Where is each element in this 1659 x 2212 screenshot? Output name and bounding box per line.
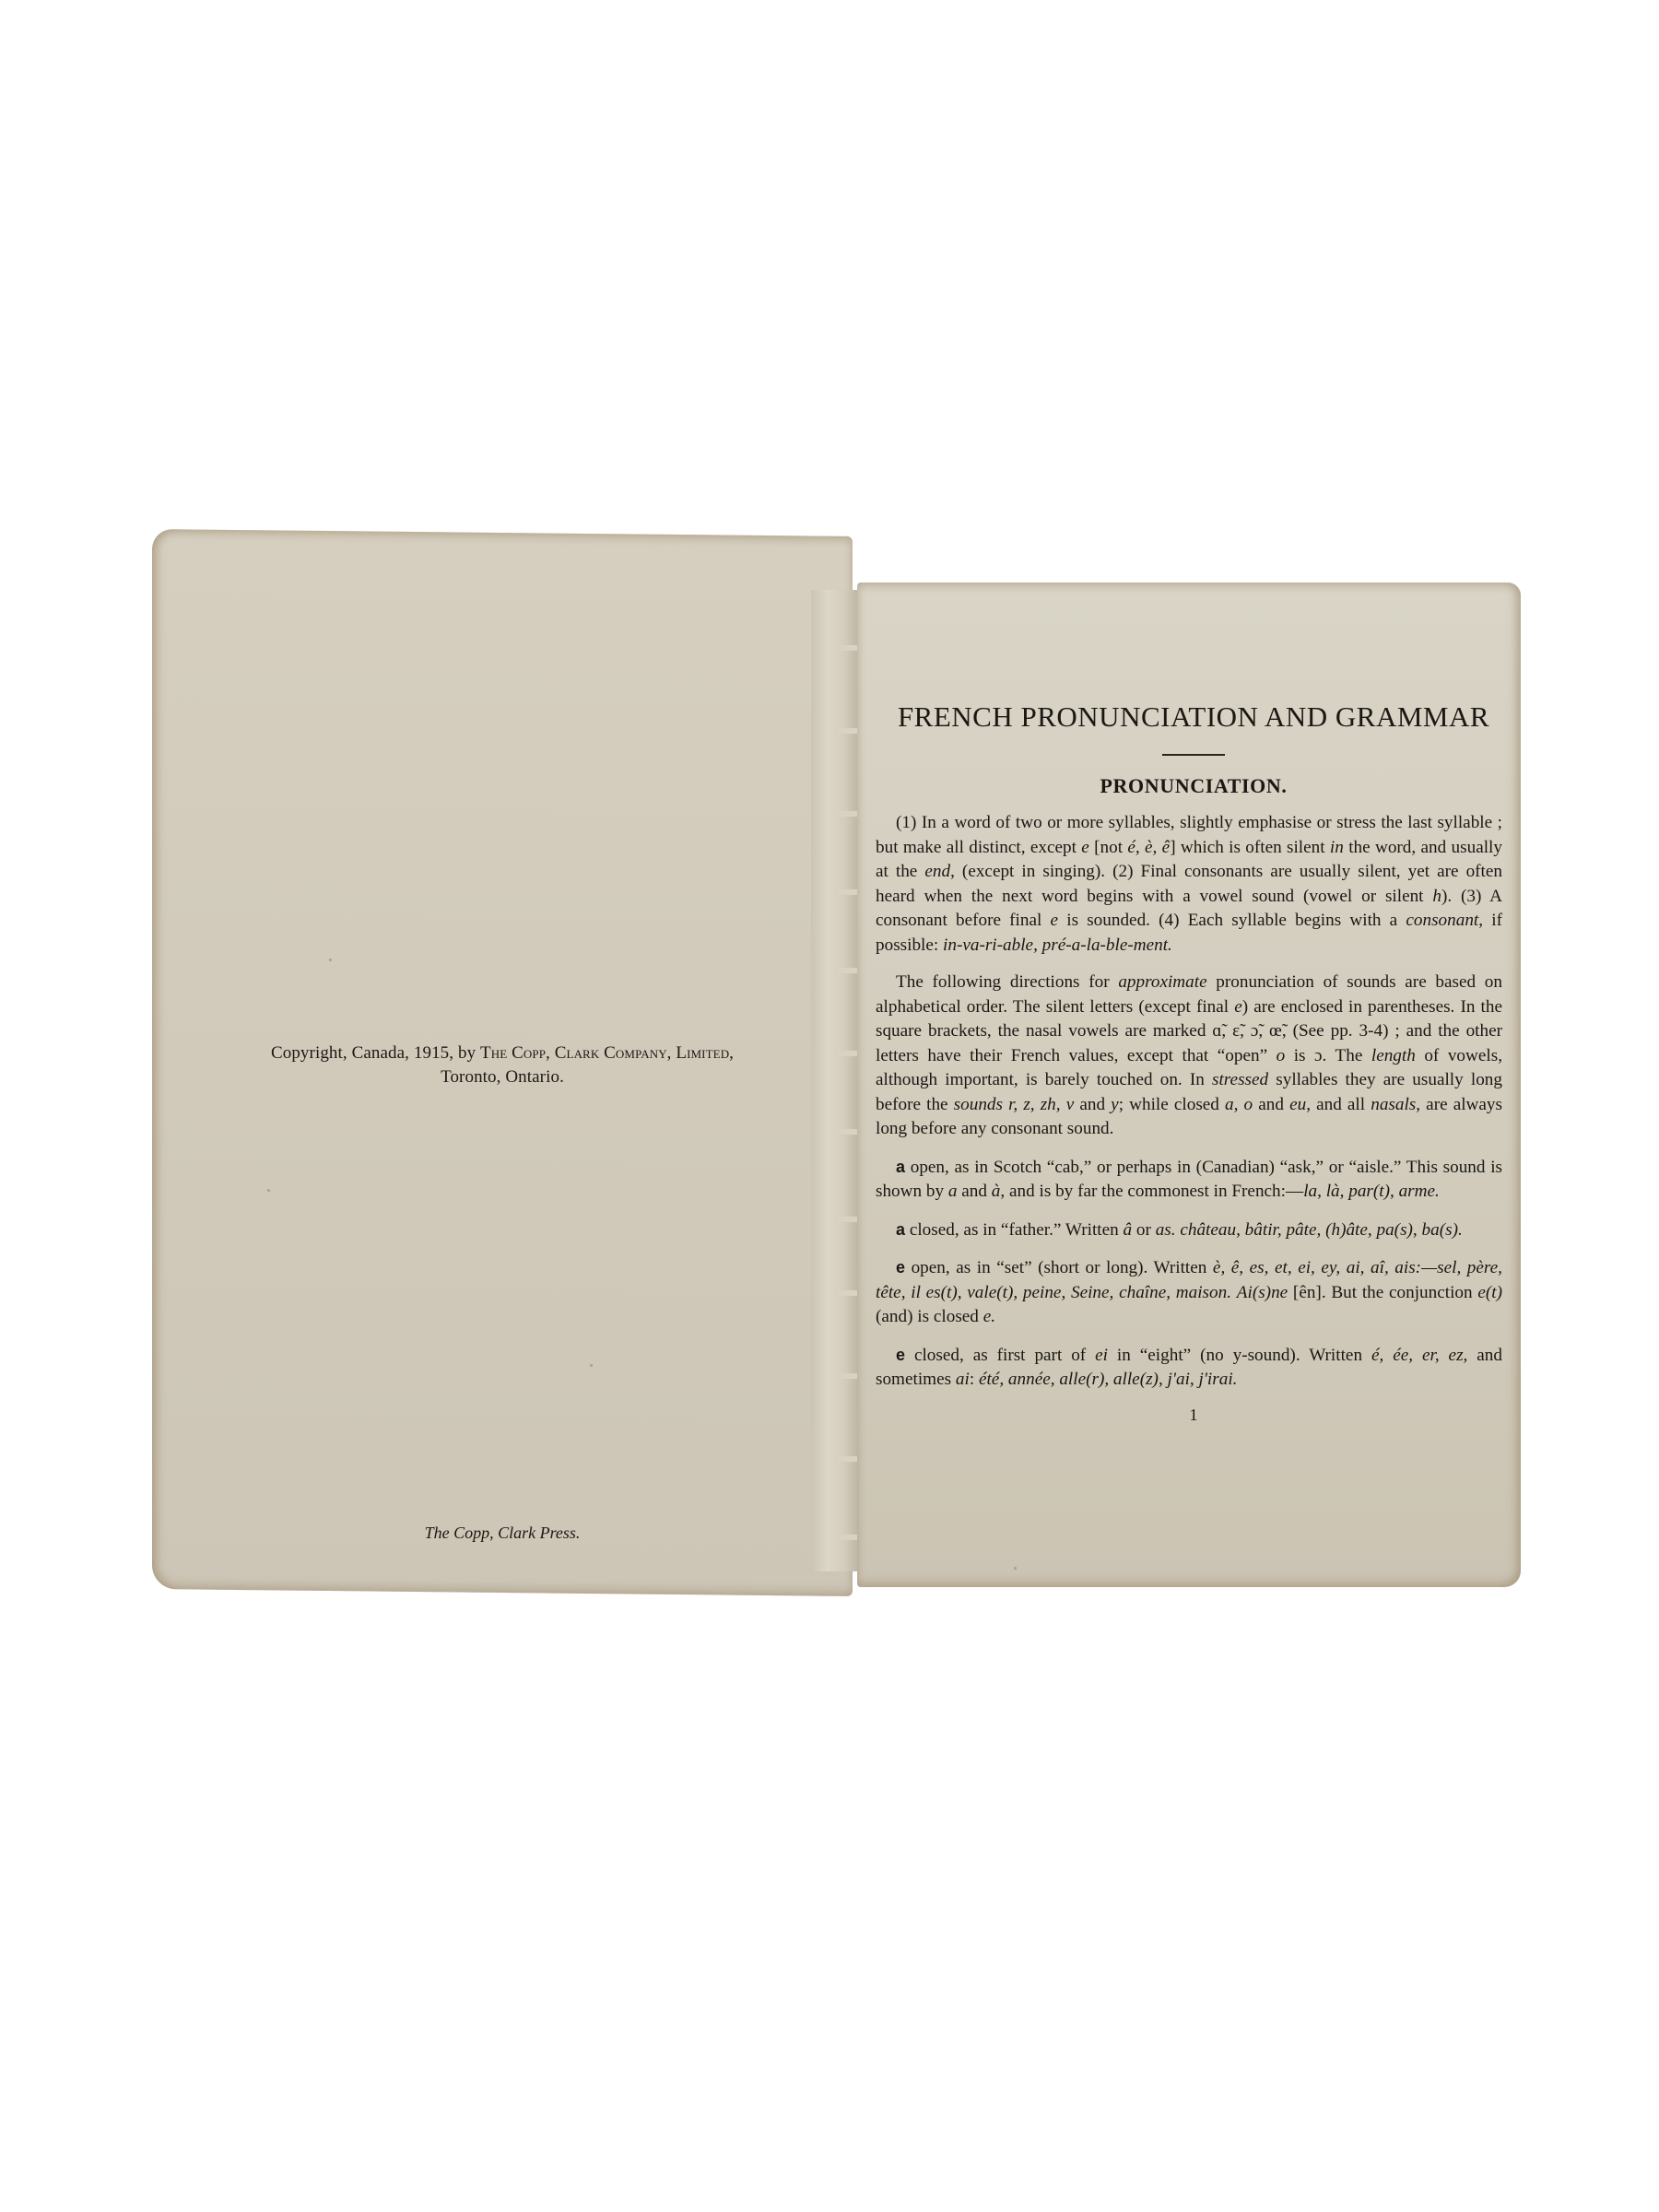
open-book: Copyright, Canada, 1915, by The Copp, Cl… xyxy=(0,0,1659,2212)
title-divider xyxy=(1162,754,1225,756)
section-title: PRONUNCIATION. xyxy=(876,774,1512,798)
right-page-content: FRENCH PRONUNCIATION AND GRAMMAR PRONUNC… xyxy=(876,582,1512,1425)
paragraph-rules: (1) In a word of two or more syllables, … xyxy=(876,811,1512,958)
publisher-location: Toronto, Ontario. xyxy=(441,1067,564,1087)
entry-a-closed: a closed, as in “father.” Written â or a… xyxy=(876,1218,1512,1243)
copyright-text: Copyright, Canada, 1915, by xyxy=(271,1043,480,1063)
entry-e-closed: e closed, as first part of ei in “eight”… xyxy=(876,1343,1512,1393)
entry-e-open: e open, as in “set” (short or long). Wri… xyxy=(876,1255,1512,1330)
book-title: FRENCH PRONUNCIATION AND GRAMMAR xyxy=(876,700,1512,734)
copyright-notice: Copyright, Canada, 1915, by The Copp, Cl… xyxy=(152,1041,853,1089)
publisher-name: The Copp, Clark Company, Limited, xyxy=(480,1043,734,1063)
press-imprint: The Copp, Clark Press. xyxy=(152,1524,853,1543)
left-page-content: Copyright, Canada, 1915, by The Copp, Cl… xyxy=(152,533,853,1593)
entry-a-open: a open, as in Scotch “cab,” or perhaps i… xyxy=(876,1155,1512,1205)
page-number: 1 xyxy=(876,1406,1512,1425)
paragraph-directions: The following directions for approximate… xyxy=(876,971,1512,1142)
